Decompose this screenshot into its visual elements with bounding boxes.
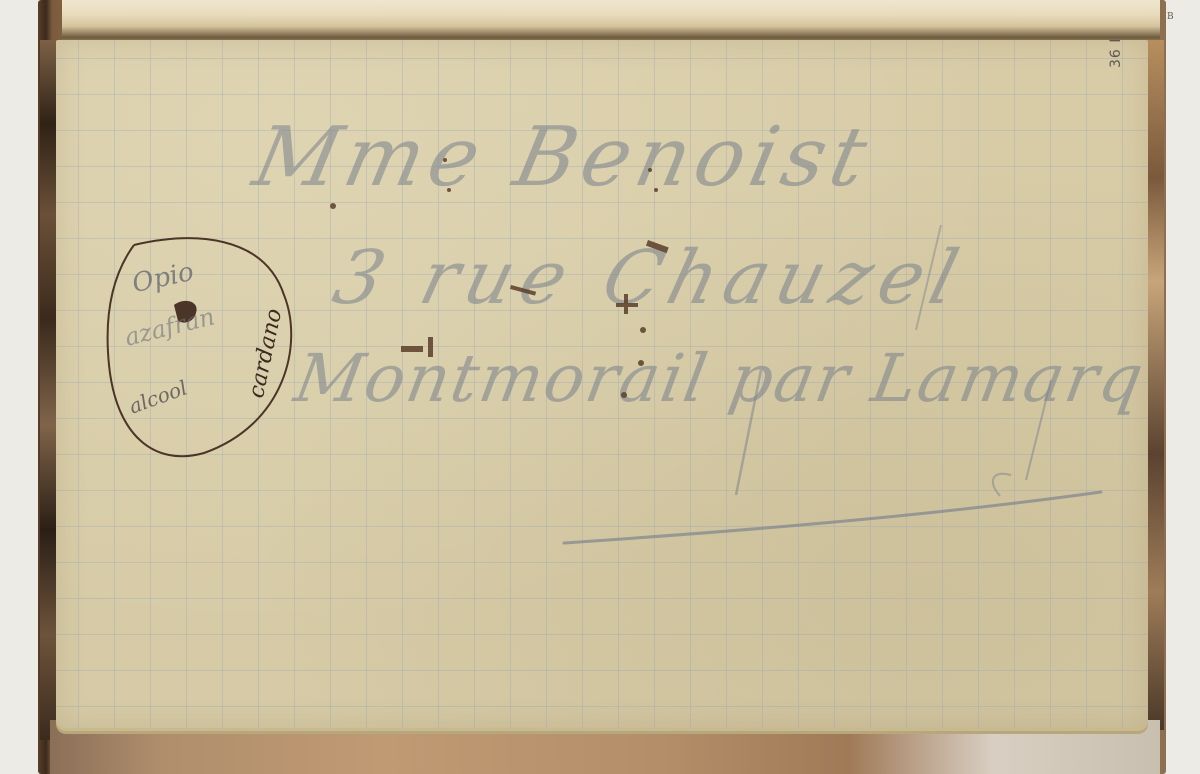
- right-binding-edge: [1146, 40, 1164, 730]
- notebook-page: 36 R Mme Benoist 3 rue Chauzel Montmorai…: [56, 40, 1148, 728]
- bottom-cover-edge: [50, 720, 1160, 774]
- fold-mark: B: [1167, 12, 1174, 22]
- circled-margin-note: Opio azafran alcool cardano: [104, 235, 296, 460]
- manuscript-scan: B 36 R Mme Benoist 3 rue Chauzel Montmor…: [0, 0, 1200, 774]
